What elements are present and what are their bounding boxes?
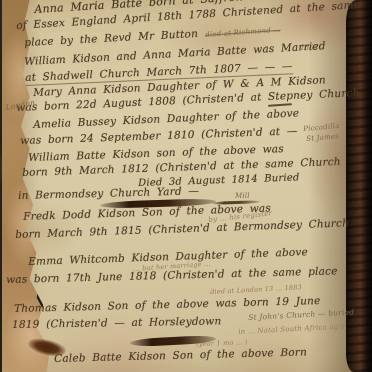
- register-line: Caleb Batte Kidson Son of the above Born: [54, 346, 307, 365]
- register-line: 1819 (Christen'd — at Horsleydown: [12, 315, 221, 331]
- marginal-note: died at Richmond …: [205, 26, 281, 39]
- interlinear-note: in … Natal South Africa ag'd: [238, 322, 345, 336]
- marginal-note: Piccadilla: [303, 122, 340, 133]
- handwriting-layer: Anna Maria Batte born at Saffron Walden …: [0, 0, 372, 372]
- register-page-photograph: Anna Maria Batte born at Saffron Walden …: [0, 0, 372, 372]
- register-line: place by the Revd Mr Button: [24, 28, 198, 49]
- interlinear-note: died at London 13 … 1883: [210, 283, 302, 296]
- marginal-note: Mill: [235, 192, 250, 200]
- marginal-note: St James: [306, 132, 339, 143]
- crossed-out-word: [268, 103, 292, 107]
- interlinear-note: St John's Church — buried: [248, 307, 354, 322]
